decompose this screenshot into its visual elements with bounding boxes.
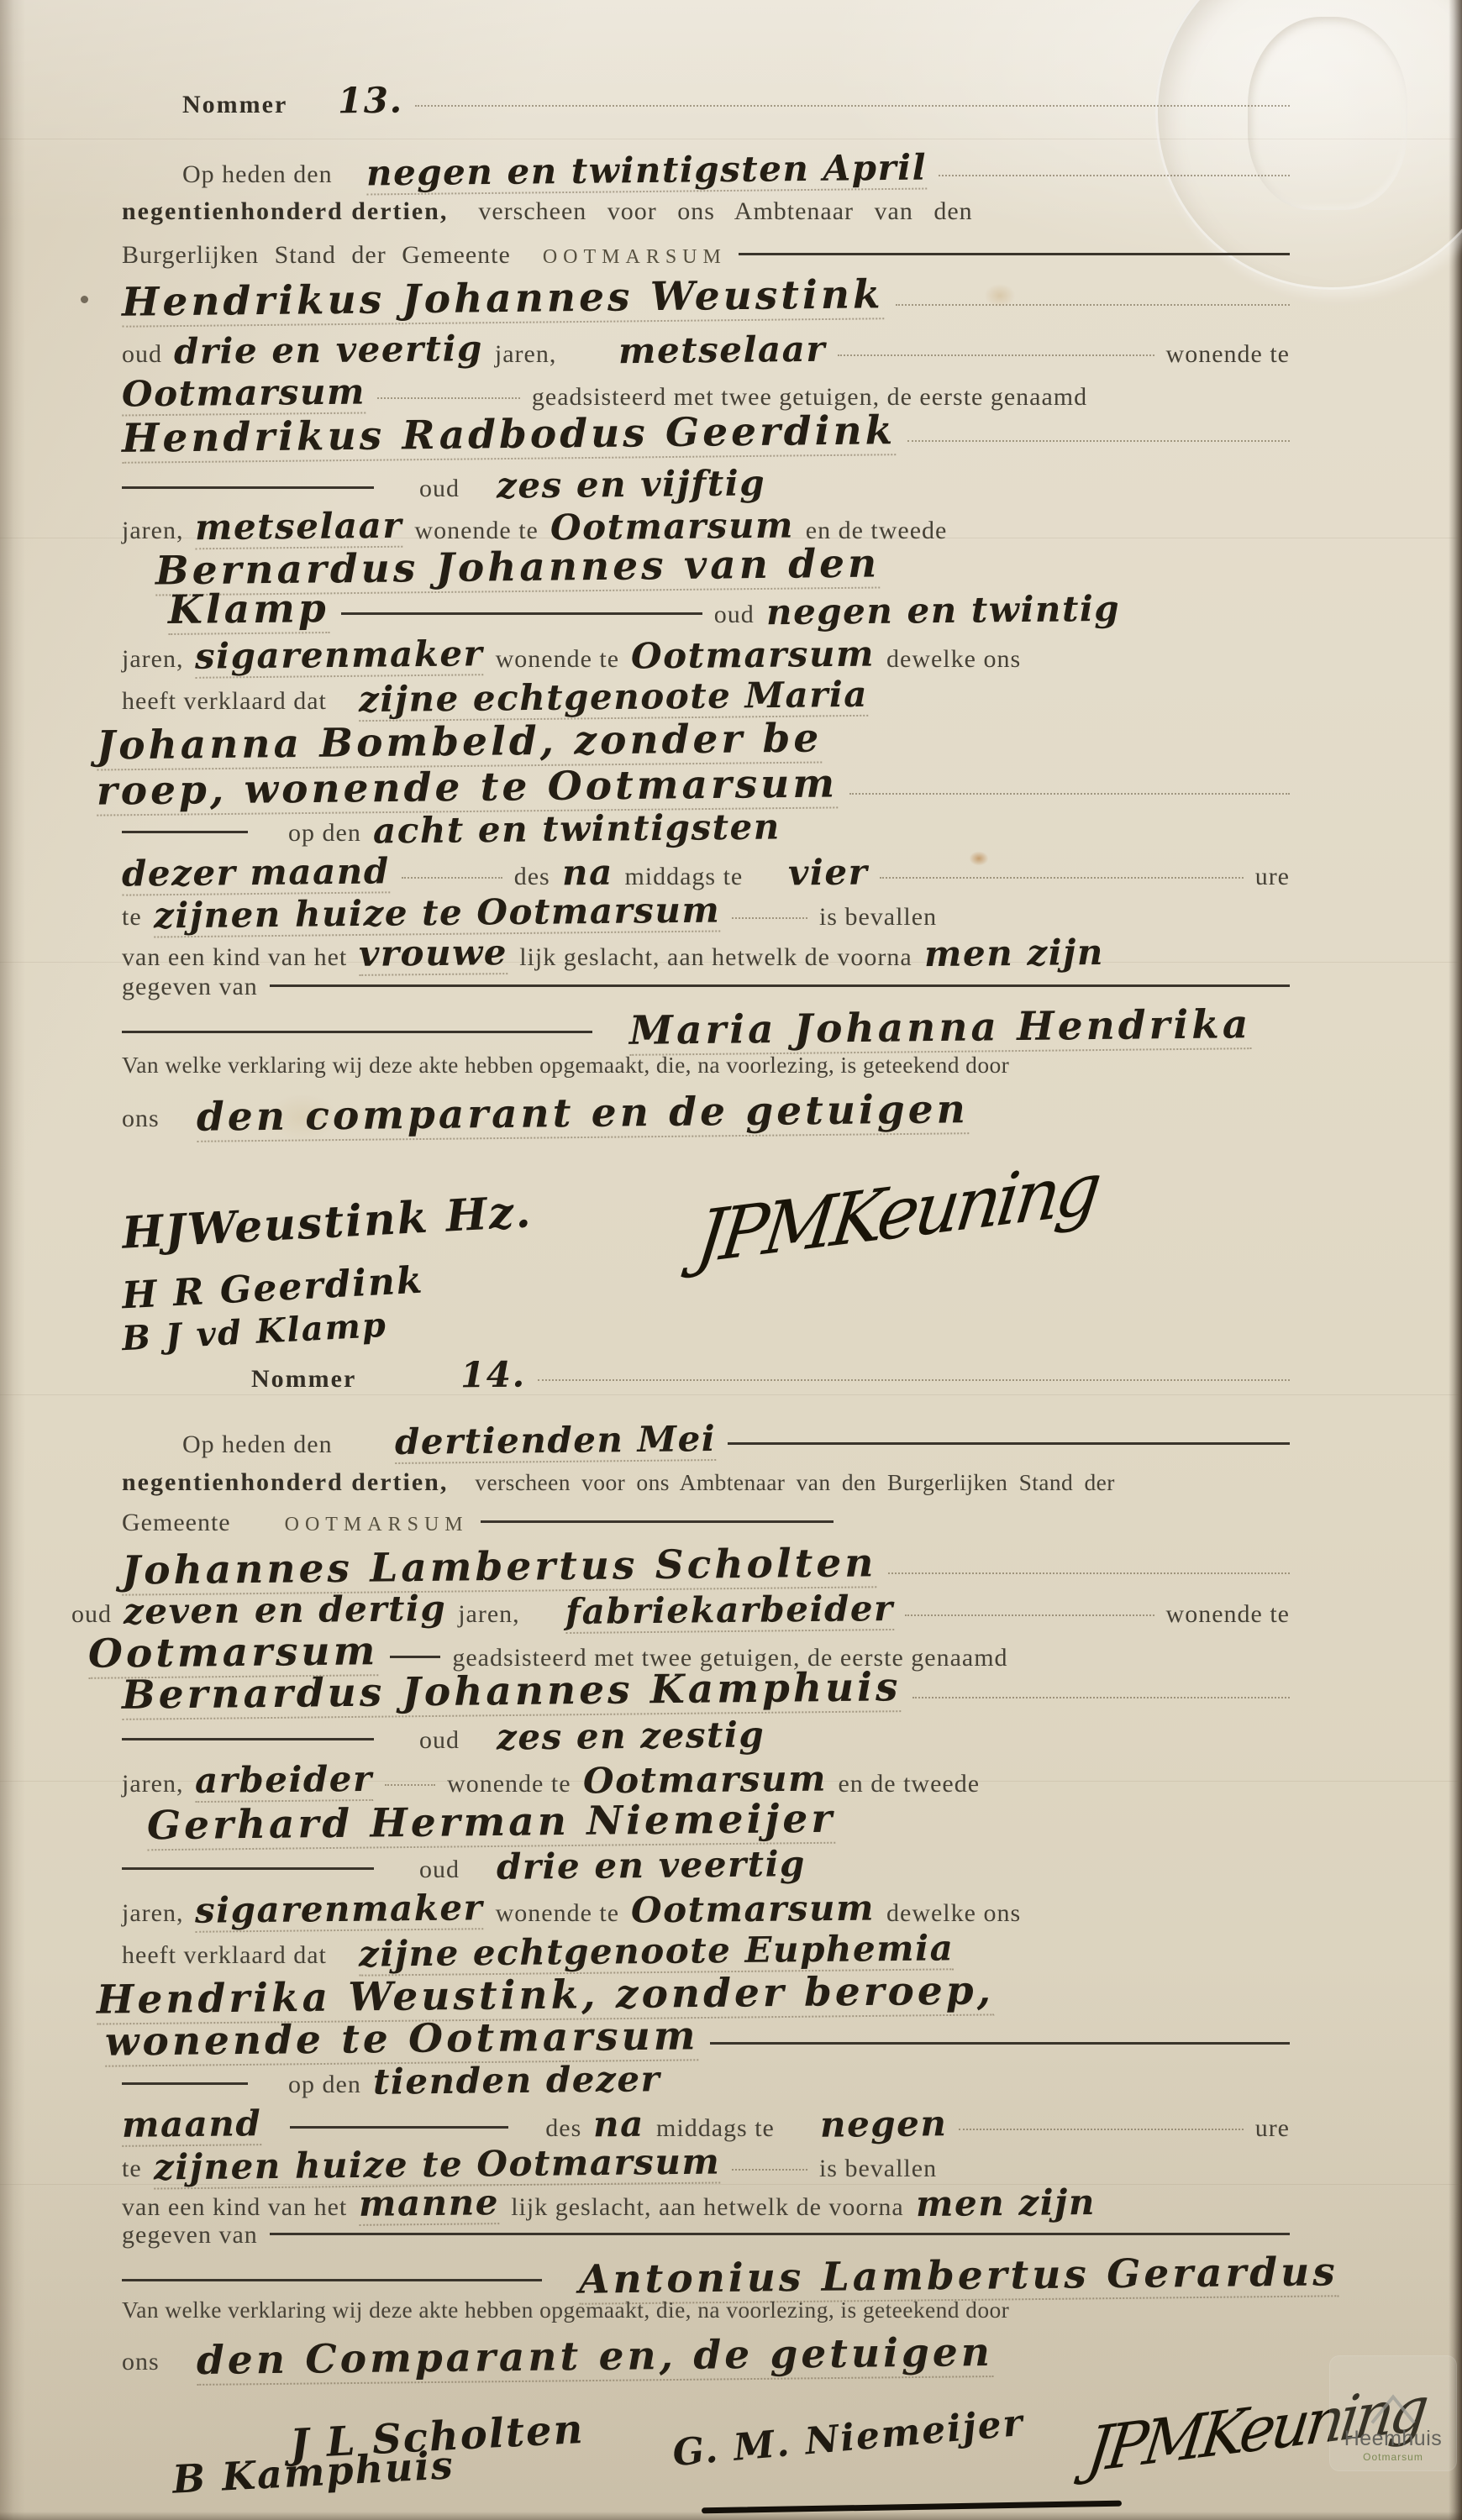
handwritten-age: drie en veertig [174, 328, 483, 372]
printed-year-bold: negentienhonderd dertien, [122, 1468, 448, 1497]
fill-line [896, 304, 1290, 306]
fill-line [122, 2082, 248, 2085]
record13-childname-row: Maria Johanna Hendrika [122, 1005, 1290, 1053]
handwritten-comparant-getuigen: den comparant en de getuigen [196, 1086, 968, 1142]
fill-line [481, 1520, 834, 1523]
handwritten-witness2-residence: Ootmarsum [631, 1887, 875, 1930]
printed-middags-te: middags te [624, 863, 743, 891]
fill-line [415, 105, 1290, 107]
handwritten-occupation: fabriekarbeider [565, 1588, 893, 1634]
record13-signatures-row2: H R Geerdink [122, 1267, 1290, 1310]
printed-jaren: jaren, [122, 1899, 183, 1928]
record14-birthtime-row: maand des na middags te negen ure [122, 2103, 1290, 2146]
record14-witness2-occupation-row: jaren, sigarenmaker wonende te Ootmarsum… [122, 1888, 1290, 1931]
printed-gegeven-van: gegeven van [122, 2221, 258, 2250]
record13-declaration-row: heeft verklaard dat zijne echtgenoote Ma… [122, 676, 1290, 719]
fill-line [385, 1784, 435, 1786]
printed-wonende-te: wonende te [1166, 1600, 1290, 1629]
record13-gegeven-row: gegeven van [122, 973, 1290, 1001]
fill-line [728, 1442, 1290, 1445]
record13-closing-row: Van welke verklaring wij deze akte hebbe… [122, 1052, 1290, 1079]
printed-wonende-te: wonende te [414, 517, 538, 545]
printed-op-den: op den [288, 2071, 361, 2099]
printed-des: des [545, 2114, 581, 2143]
handwritten-comparant-getuigen: den Comparant en, de getuigen [196, 2329, 992, 2386]
record13-mother-row: Johanna Bombeld, zonder be [122, 719, 1290, 767]
nommer-value-handwritten: 13. [338, 80, 403, 122]
printed-oud: oud [122, 340, 162, 369]
handwritten-witness2-occupation: sigarenmaker [195, 633, 484, 679]
printed-ure: ure [1255, 863, 1290, 891]
printed-middags-te: middags te [656, 2114, 775, 2143]
record14-gemeente-row: Gemeente OOTMARSUM [122, 1509, 1290, 1537]
record13-declarant-row: Hendrikus Johannes Weustink [122, 276, 1290, 323]
printed-jaren: jaren, [495, 340, 556, 369]
fill-line [905, 1614, 1154, 1616]
fill-line [880, 877, 1243, 879]
printed-gegeven-van: gegeven van [122, 973, 258, 1001]
record13-mother-residence-row: roep, wonende te Ootmarsum [122, 764, 1290, 812]
record14-birthplace-row: te zijnen huize te Ootmarsum is bevallen [122, 2144, 1290, 2187]
printed-oud: oud [419, 1856, 460, 1884]
fill-line [270, 984, 1290, 987]
ink-dot [81, 296, 88, 303]
handwritten-witness1-age: zes en vijftig [497, 462, 766, 506]
record14-number-row: Nommer 14. [122, 1354, 1290, 1395]
handwritten-maand: maand [122, 2103, 262, 2147]
record14-date-row: Op heden den dertienden Mei [122, 1420, 1290, 1462]
handwritten-gender: vrouwe [359, 932, 507, 976]
record14-gender-row: van een kind van het manne lijk geslacht… [122, 2182, 1290, 2225]
printed-gemeente-name: OOTMARSUM [285, 1514, 469, 1536]
fill-line [122, 2279, 542, 2281]
printed-van-welke-verklaring: Van welke verklaring wij deze akte hebbe… [122, 1052, 1009, 1079]
printed-en-de-tweede: en de tweede [838, 1770, 980, 1798]
handwritten-witness2-name-part2: Klamp [168, 585, 329, 635]
handwritten-age: zeven en dertig [124, 1588, 447, 1632]
handwritten-hour: vier [788, 852, 869, 894]
handwritten-witness2-age: drie en veertig [497, 1843, 806, 1887]
printed-wonende-te: wonende te [496, 1899, 619, 1928]
handwritten-witness2-occupation: sigarenmaker [195, 1887, 484, 1933]
record13-age-occupation-row: oud drie en veertig jaren, metselaar won… [122, 329, 1290, 370]
printed-dewelke-ons: dewelke ons [886, 1899, 1021, 1928]
fill-line [122, 486, 374, 489]
signature-official: JPMKeuning [692, 1147, 1102, 1280]
record14-witness2-age-row: oud drie en veertig [122, 1845, 1290, 1886]
scanned-birth-register-page: { "watermark": { "title": "Heemhuis", "s… [0, 0, 1462, 2520]
printed-te: te [122, 2155, 142, 2183]
printed-oud: oud [714, 601, 755, 629]
handwritten-birth-day: acht en twintigsten [373, 806, 781, 851]
fill-line [838, 354, 1154, 356]
house-roof-icon [1369, 2391, 1417, 2425]
signature-declarant: HJWeustink Hz. [121, 1186, 534, 1258]
printed-heeft-verklaard: heeft verklaard dat [122, 1941, 327, 1970]
printed-wonende-te: wonende te [496, 645, 619, 674]
record14-witness2-row: Gerhard Herman Niemeijer [122, 1799, 1290, 1847]
printed-heeft-verklaard: heeft verklaard dat [122, 687, 327, 716]
record13-birthplace-row: te zijnen huize te Ootmarsum is bevallen [122, 892, 1290, 935]
printed-oud: oud [419, 1726, 460, 1755]
printed-op-den: op den [288, 819, 361, 848]
record14-ons-row: ons den Comparant en, de getuigen [122, 2334, 1290, 2381]
record13-ons-row: ons den comparant en de getuigen [122, 1090, 1290, 1138]
fill-line [290, 2126, 508, 2129]
handwritten-witness1-residence: Ootmarsum [582, 1757, 826, 1801]
record14-signatures-row2: B Kamphuis [122, 2449, 1290, 2495]
record13-gemeente-row: Burgerlijken Stand der Gemeente OOTMARSU… [122, 241, 1290, 270]
printed-ons: ons [122, 2348, 160, 2376]
fill-line [959, 2129, 1243, 2130]
page-left-edge-shadow [0, 0, 25, 2520]
heemhuis-watermark: Heemhuis Ootmarsum [1329, 2355, 1457, 2471]
printed-lijk-geslacht: lijk geslacht, aan hetwelk de voorna [519, 943, 912, 972]
printed-kind-van-het: van een kind van het [122, 2193, 347, 2222]
record13-residence-row: Ootmarsum geadsisteerd met twee getuigen… [122, 372, 1290, 415]
record14-declaration-row: heeft verklaard dat zijne echtgenoote Eu… [122, 1930, 1290, 1973]
handwritten-occupation: metselaar [618, 328, 826, 372]
record13-witness1-row: Hendrikus Radbodus Geerdink [122, 412, 1290, 459]
record13-witness1-age-row: oud zes en vijftig [122, 464, 1290, 505]
printed-geadsisteerd: geadsisteerd met twee getuigen, de eerst… [532, 383, 1087, 412]
printed-op-heden-den: Op heden den [182, 160, 333, 189]
fill-line [402, 877, 502, 879]
fill-line [739, 253, 1290, 255]
printed-des: des [514, 863, 550, 891]
handwritten-hour: negen [820, 2103, 948, 2145]
fill-line [732, 917, 807, 919]
printed-jaren: jaren, [122, 1770, 183, 1798]
fill-line [538, 1379, 1290, 1381]
nommer-label: Nommer [182, 91, 287, 119]
record14-witness1-age-row: oud zes en zestig [122, 1715, 1290, 1756]
record14-closing-row: Van welke verklaring wij deze akte hebbe… [122, 2297, 1290, 2323]
handwritten-na: na [561, 852, 613, 894]
printed-kind-van-het: van een kind van het [122, 943, 347, 972]
handwritten-gender: manne [359, 2181, 499, 2226]
fill-line [710, 2042, 1290, 2045]
handwritten-men-zijn: men zijn [915, 2181, 1095, 2224]
handwritten-witness1-name: Hendrikus Radbodus Geerdink [122, 407, 897, 464]
printed-jaren: jaren, [122, 517, 183, 545]
handwritten-residence: Ootmarsum [122, 370, 365, 416]
record14-declarant-row: Johannes Lambertus Scholten [122, 1544, 1290, 1592]
printed-year-bold: negentienhonderd dertien, [122, 197, 448, 226]
record14-witness1-occupation-row: jaren, arbeider wonende te Ootmarsum en … [122, 1759, 1290, 1802]
printed-ure: ure [1255, 2114, 1290, 2143]
printed-jaren: jaren, [458, 1600, 519, 1629]
fill-line [377, 397, 520, 399]
record13-birthdate-row: op den acht en twintigsten [122, 808, 1290, 849]
fill-line [732, 2169, 807, 2171]
fill-line [390, 1656, 440, 1658]
book-right-edge [1449, 0, 1462, 2520]
record14-mother-residence-row: wonende te Ootmarsum [122, 2016, 1290, 2064]
handwritten-witness2-age: negen en twintig [766, 588, 1121, 633]
printed-op-heden-den: Op heden den [182, 1431, 333, 1459]
record13-number-row: Nommer 13. [122, 80, 1290, 121]
nommer-value-handwritten: 14. [460, 1354, 526, 1396]
printed-oud: oud [71, 1600, 112, 1629]
handwritten-witness1-occupation: arbeider [195, 1758, 373, 1803]
printed-is-bevallen: is bevallen [819, 903, 937, 932]
record14-childname-row: Antonius Lambertus Gerardus [122, 2253, 1290, 2301]
signature-witness2: B J vd Klamp [121, 1305, 388, 1358]
printed-verscheen: verscheen voor ons Ambtenaar van den [478, 197, 972, 226]
handwritten-declarant-name: Johannes Lambertus Scholten [122, 1540, 877, 1595]
fill-line [912, 1697, 1290, 1698]
fill-line [341, 612, 702, 615]
printed-dewelke-ons: dewelke ons [886, 645, 1021, 674]
handwritten-declarant-name: Hendrikus Johannes Weustink [122, 271, 884, 327]
handwritten-men-zijn: men zijn [923, 932, 1103, 974]
fill-line [122, 1738, 374, 1740]
signature-witness1: B Kamphuis [171, 2442, 455, 2502]
printed-wonende-te: wonende te [1166, 340, 1290, 369]
printed-jaren: jaren, [122, 645, 183, 674]
handwritten-birth-day: tienden dezer [373, 2058, 661, 2103]
fill-line [122, 1867, 374, 1870]
record13-birthtime-row: dezer maand des na middags te vier ure [122, 852, 1290, 895]
fill-line [849, 793, 1290, 795]
printed-gemeente-name: OOTMARSUM [543, 246, 727, 269]
record14-mother-row: Hendrika Weustink, zonder beroep, [122, 1972, 1290, 2020]
watermark-subtitle: Ootmarsum [1363, 2451, 1423, 2463]
record14-age-occupation-row: oud zeven en dertig jaren, fabriekarbeid… [122, 1589, 1290, 1632]
printed-gemeente: Gemeente [122, 1509, 231, 1537]
fill-line [270, 2233, 1290, 2235]
printed-ons: ons [122, 1105, 160, 1133]
printed-burgerlijke-stand: Burgerlijken Stand der Gemeente [122, 241, 511, 270]
handwritten-witness1-name: Bernardus Johannes Kamphuis [122, 1664, 902, 1720]
printed-lijk-geslacht: lijk geslacht, aan hetwelk de voorna [511, 2193, 904, 2222]
record14-gegeven-row: gegeven van [122, 2221, 1290, 2250]
nommer-label: Nommer [251, 1365, 356, 1394]
fill-line [907, 440, 1290, 442]
fill-line [888, 1572, 1290, 1574]
handwritten-na: na [593, 2103, 644, 2145]
printed-van-welke-verklaring: Van welke verklaring wij deze akte hebbe… [122, 2297, 1009, 2323]
handwritten-date: negen en twintigsten April [365, 147, 927, 196]
record14-birthdate-row: op den tienden dezer [122, 2060, 1290, 2101]
record13-year-row: negentienhonderd dertien, verscheen voor… [122, 197, 1290, 226]
handwritten-declaration-1: zijne echtgenoote Maria [359, 674, 869, 722]
handwritten-witness2-name: Gerhard Herman Niemeijer [147, 1796, 836, 1851]
record13-witness2-occupation-row: jaren, sigarenmaker wonende te Ootmarsum… [122, 634, 1290, 677]
printed-verscheen: verscheen voor ons Ambtenaar van den Bur… [475, 1469, 1114, 1496]
printed-oud: oud [419, 475, 460, 503]
printed-te: te [122, 903, 142, 932]
fill-line [939, 175, 1290, 176]
handwritten-birth-house: zijnen huize te Ootmarsum [153, 889, 720, 937]
handwritten-date: dertienden Mei [394, 1418, 716, 1464]
handwritten-dezer-maand: dezer maand [122, 850, 390, 895]
printed-is-bevallen: is bevallen [819, 2155, 937, 2183]
record13-gender-row: van een kind van het vrouwe lijk geslach… [122, 932, 1290, 975]
watermark-title: Heemhuis [1344, 2427, 1443, 2451]
record13-signatures-row1: HJWeustink Hz. JPMKeuning [122, 1172, 1290, 1254]
record13-witness2-name2-row: Klamp oud negen en twintig [122, 586, 1290, 634]
record13-date-row: Op heden den negen en twintigsten April [122, 150, 1290, 192]
fill-line [122, 1031, 592, 1033]
handwritten-witness2-residence: Ootmarsum [631, 633, 875, 676]
printed-wonende-te: wonende te [447, 1770, 571, 1798]
handwritten-witness1-age: zes en zestig [497, 1714, 765, 1757]
handwritten-witness1-occupation: metselaar [195, 505, 402, 550]
fill-line [122, 831, 248, 833]
handwritten-child-name: Maria Johanna Hendrika [629, 1001, 1252, 1056]
record13-signatures-row3: B J vd Klamp [122, 1312, 1290, 1352]
record14-year-row: negentienhonderd dertien, verscheen voor… [122, 1468, 1290, 1497]
record14-witness1-row: Bernardus Johannes Kamphuis [122, 1668, 1290, 1716]
